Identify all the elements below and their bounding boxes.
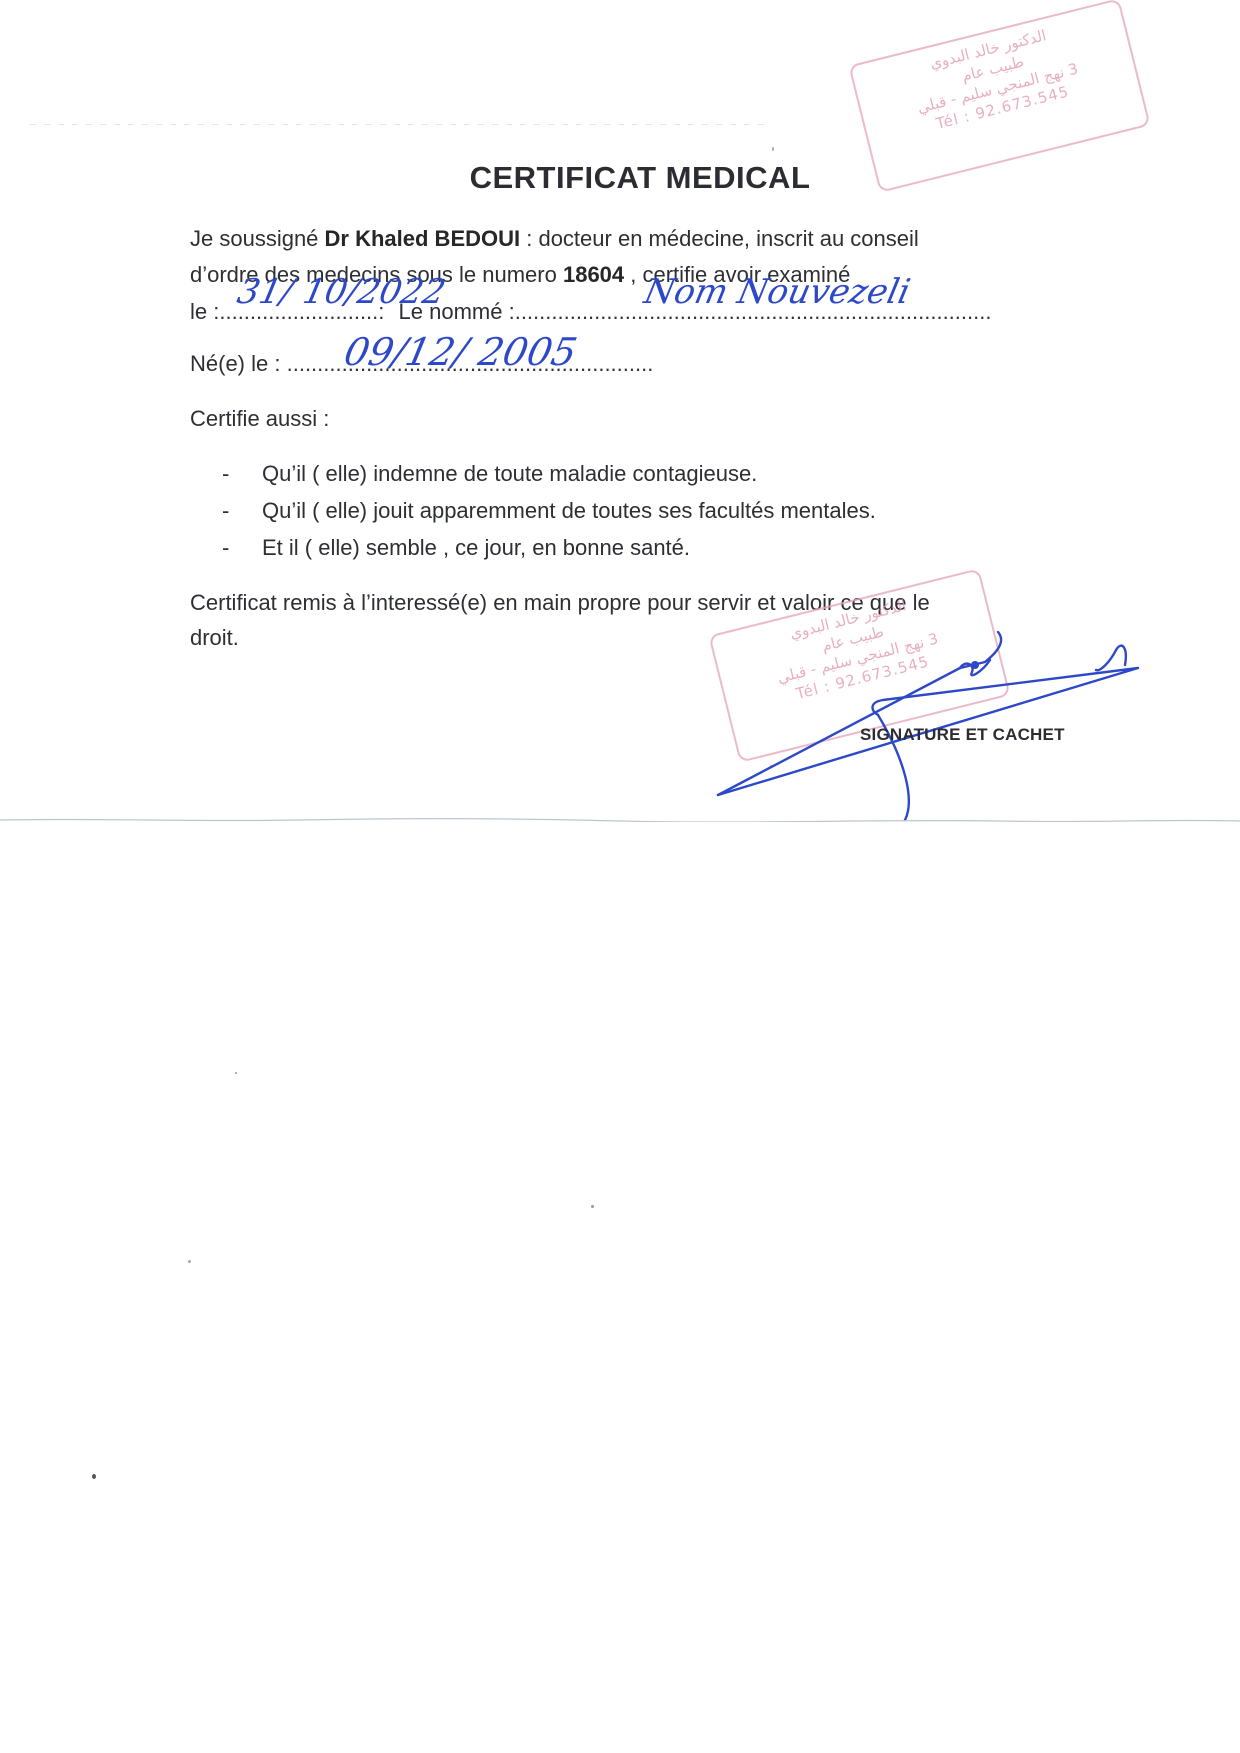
intro-prefix: Je soussigné [190,226,325,251]
birth-label: Né(e) le : [190,351,280,376]
also-certifies-label: Certifie aussi : [190,402,329,436]
date-label: le : [190,299,219,324]
paper-fold-line [0,818,1240,822]
handwritten-patient-name: Nom Nouvezeli [641,272,914,312]
scan-speck [92,1474,96,1479]
scan-speck [770,765,772,767]
list-item: - Et il ( elle) semble , ce jour, en bon… [222,529,876,566]
scan-speck [188,1260,191,1263]
bullet-dash: - [222,529,262,566]
list-item: - Qu’il ( elle) indemne de toute maladie… [222,455,876,492]
order-number: 18604 [563,262,624,287]
scanned-page: الدكتور خالد البدوي طبيب عام 3 نهج المنج… [0,0,1240,1753]
list-item: - Qu’il ( elle) jouit apparemment de tou… [222,492,876,529]
certification-list: - Qu’il ( elle) indemne de toute maladie… [222,455,876,566]
bullet-text: Qu’il ( elle) jouit apparemment de toute… [262,492,876,529]
bullet-dash: - [222,492,262,529]
document-title: CERTIFICAT MEDICAL [0,160,1240,196]
bullet-text: Qu’il ( elle) indemne de toute maladie c… [262,455,757,492]
intro-after-name: : docteur en médecine, inscrit au consei… [520,226,919,251]
doctor-name: Dr Khaled BEDOUI [325,226,521,251]
bullet-dash: - [222,455,262,492]
signature-label: SIGNATURE ET CACHET [860,725,1065,745]
closing-line-2: droit. [190,621,239,655]
scan-speck [591,1205,594,1208]
scan-speck [772,147,774,151]
handwritten-exam-date: 31/ 10/2022 [234,272,449,312]
bullet-text: Et il ( elle) semble , ce jour, en bonne… [262,529,690,566]
handwritten-birth-date: 09/12/ 2005 [340,330,580,374]
scan-artifact-line [30,124,770,125]
scan-speck [235,1072,237,1074]
intro-line-1: Je soussigné Dr Khaled BEDOUI : docteur … [190,222,919,256]
